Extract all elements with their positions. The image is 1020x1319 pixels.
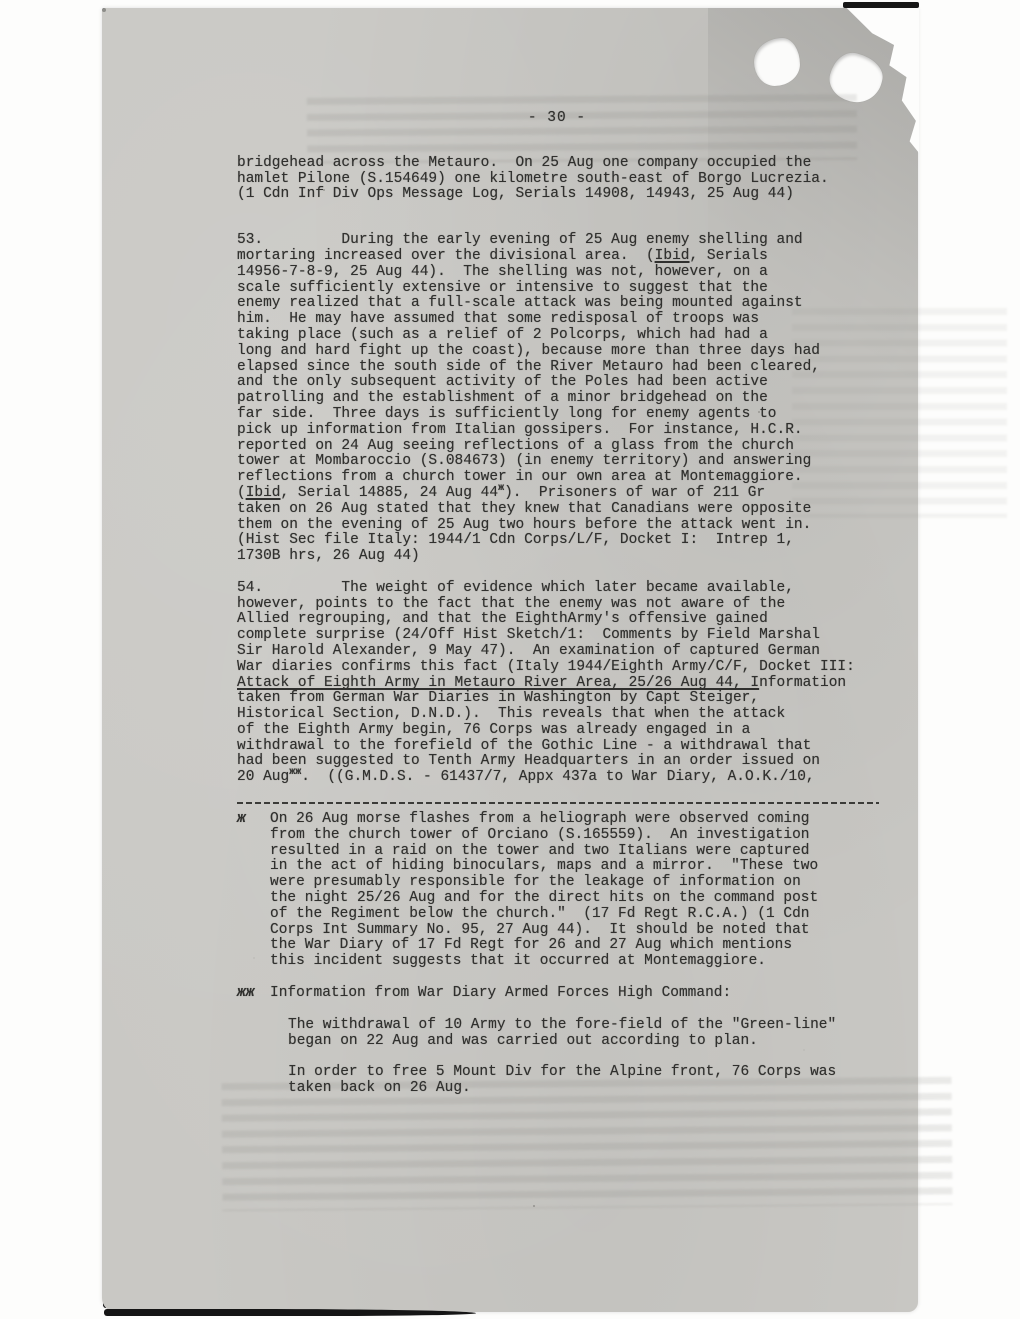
footnote-sub-paragraph: In order to free 5 Mount Div for the Alp…: [288, 1065, 888, 1097]
document-content: - 30 - bridgehead across the Metauro. On…: [102, 8, 918, 1097]
footnote-1: ж On 26 Aug morse flashes from a heliogr…: [237, 812, 888, 970]
paragraph-54: 54. The weight of evidence which later b…: [237, 581, 888, 786]
footnote-text: On 26 Aug morse flashes from a heliograp…: [270, 812, 888, 970]
page-number: - 30 -: [237, 111, 877, 127]
footnote-sub-paragraph: The withdrawal of 10 Army to the fore-fi…: [288, 1018, 888, 1050]
footnote-separator: [237, 802, 879, 804]
scan-artifact-bar: [104, 1309, 476, 1316]
footnote-marker: ж: [237, 812, 270, 828]
paragraph-continuation: bridgehead across the Metauro. On 25 Aug…: [237, 156, 888, 203]
scanned-document-page: - 30 - bridgehead across the Metauro. On…: [102, 8, 918, 1312]
footnote-2: жж Information from War Diary Armed Forc…: [237, 986, 888, 1002]
footnote-marker: жж: [237, 986, 270, 1002]
scan-artifact-bar: [843, 2, 919, 8]
footnote-text: Information from War Diary Armed Forces …: [270, 986, 888, 1002]
paragraph-53: 53. During the early evening of 25 Aug e…: [237, 233, 888, 565]
